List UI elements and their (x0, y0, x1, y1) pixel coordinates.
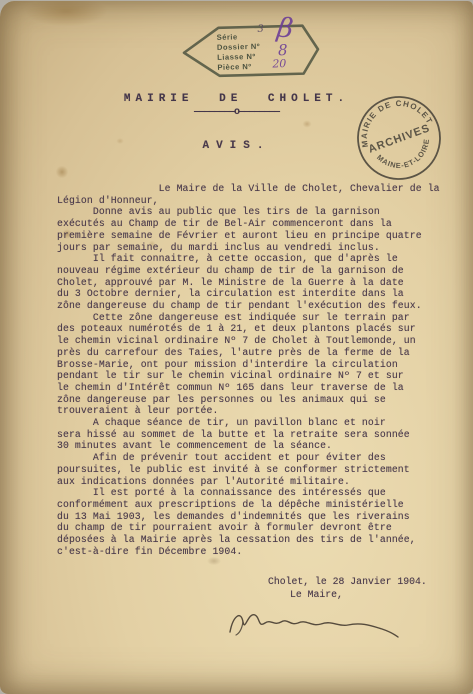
mayor-signature (224, 598, 406, 648)
paper: Série Dossier Nº Liasse Nº Pièce Nº 3 β … (0, 1, 473, 694)
handwritten-piece-value: 20 (272, 57, 286, 70)
archives-round-stamp: MAIRIE DE CHOLET ARCHIVES MAINE-ET-LOIRE (352, 91, 446, 185)
page-background: { "colors": { "paper": "#ddc79c", "typew… (0, 0, 473, 694)
signature-flourish (236, 622, 243, 635)
hexagon-stamp-icon: Série Dossier Nº Liasse Nº Pièce Nº (180, 20, 321, 82)
stamp-field-label: Dossier Nº (217, 42, 260, 52)
archive-classification-stamp: Série Dossier Nº Liasse Nº Pièce Nº 3 β … (180, 20, 321, 82)
handwritten-serie-value: 3 (257, 24, 264, 35)
signature-stroke (230, 615, 398, 637)
closing-place-date: Cholet, le 28 Janvier 1904. (268, 576, 427, 587)
stamp-field-label: Liasse Nº (217, 52, 256, 62)
document-title: MAIRIE DE CHOLET. (124, 93, 349, 105)
notice-body-text: Le Maire de la Ville de Cholet, Chevalie… (57, 183, 440, 558)
stamp-field-label: Pièce Nº (217, 62, 251, 72)
stamp-field-label: Série (217, 32, 238, 42)
